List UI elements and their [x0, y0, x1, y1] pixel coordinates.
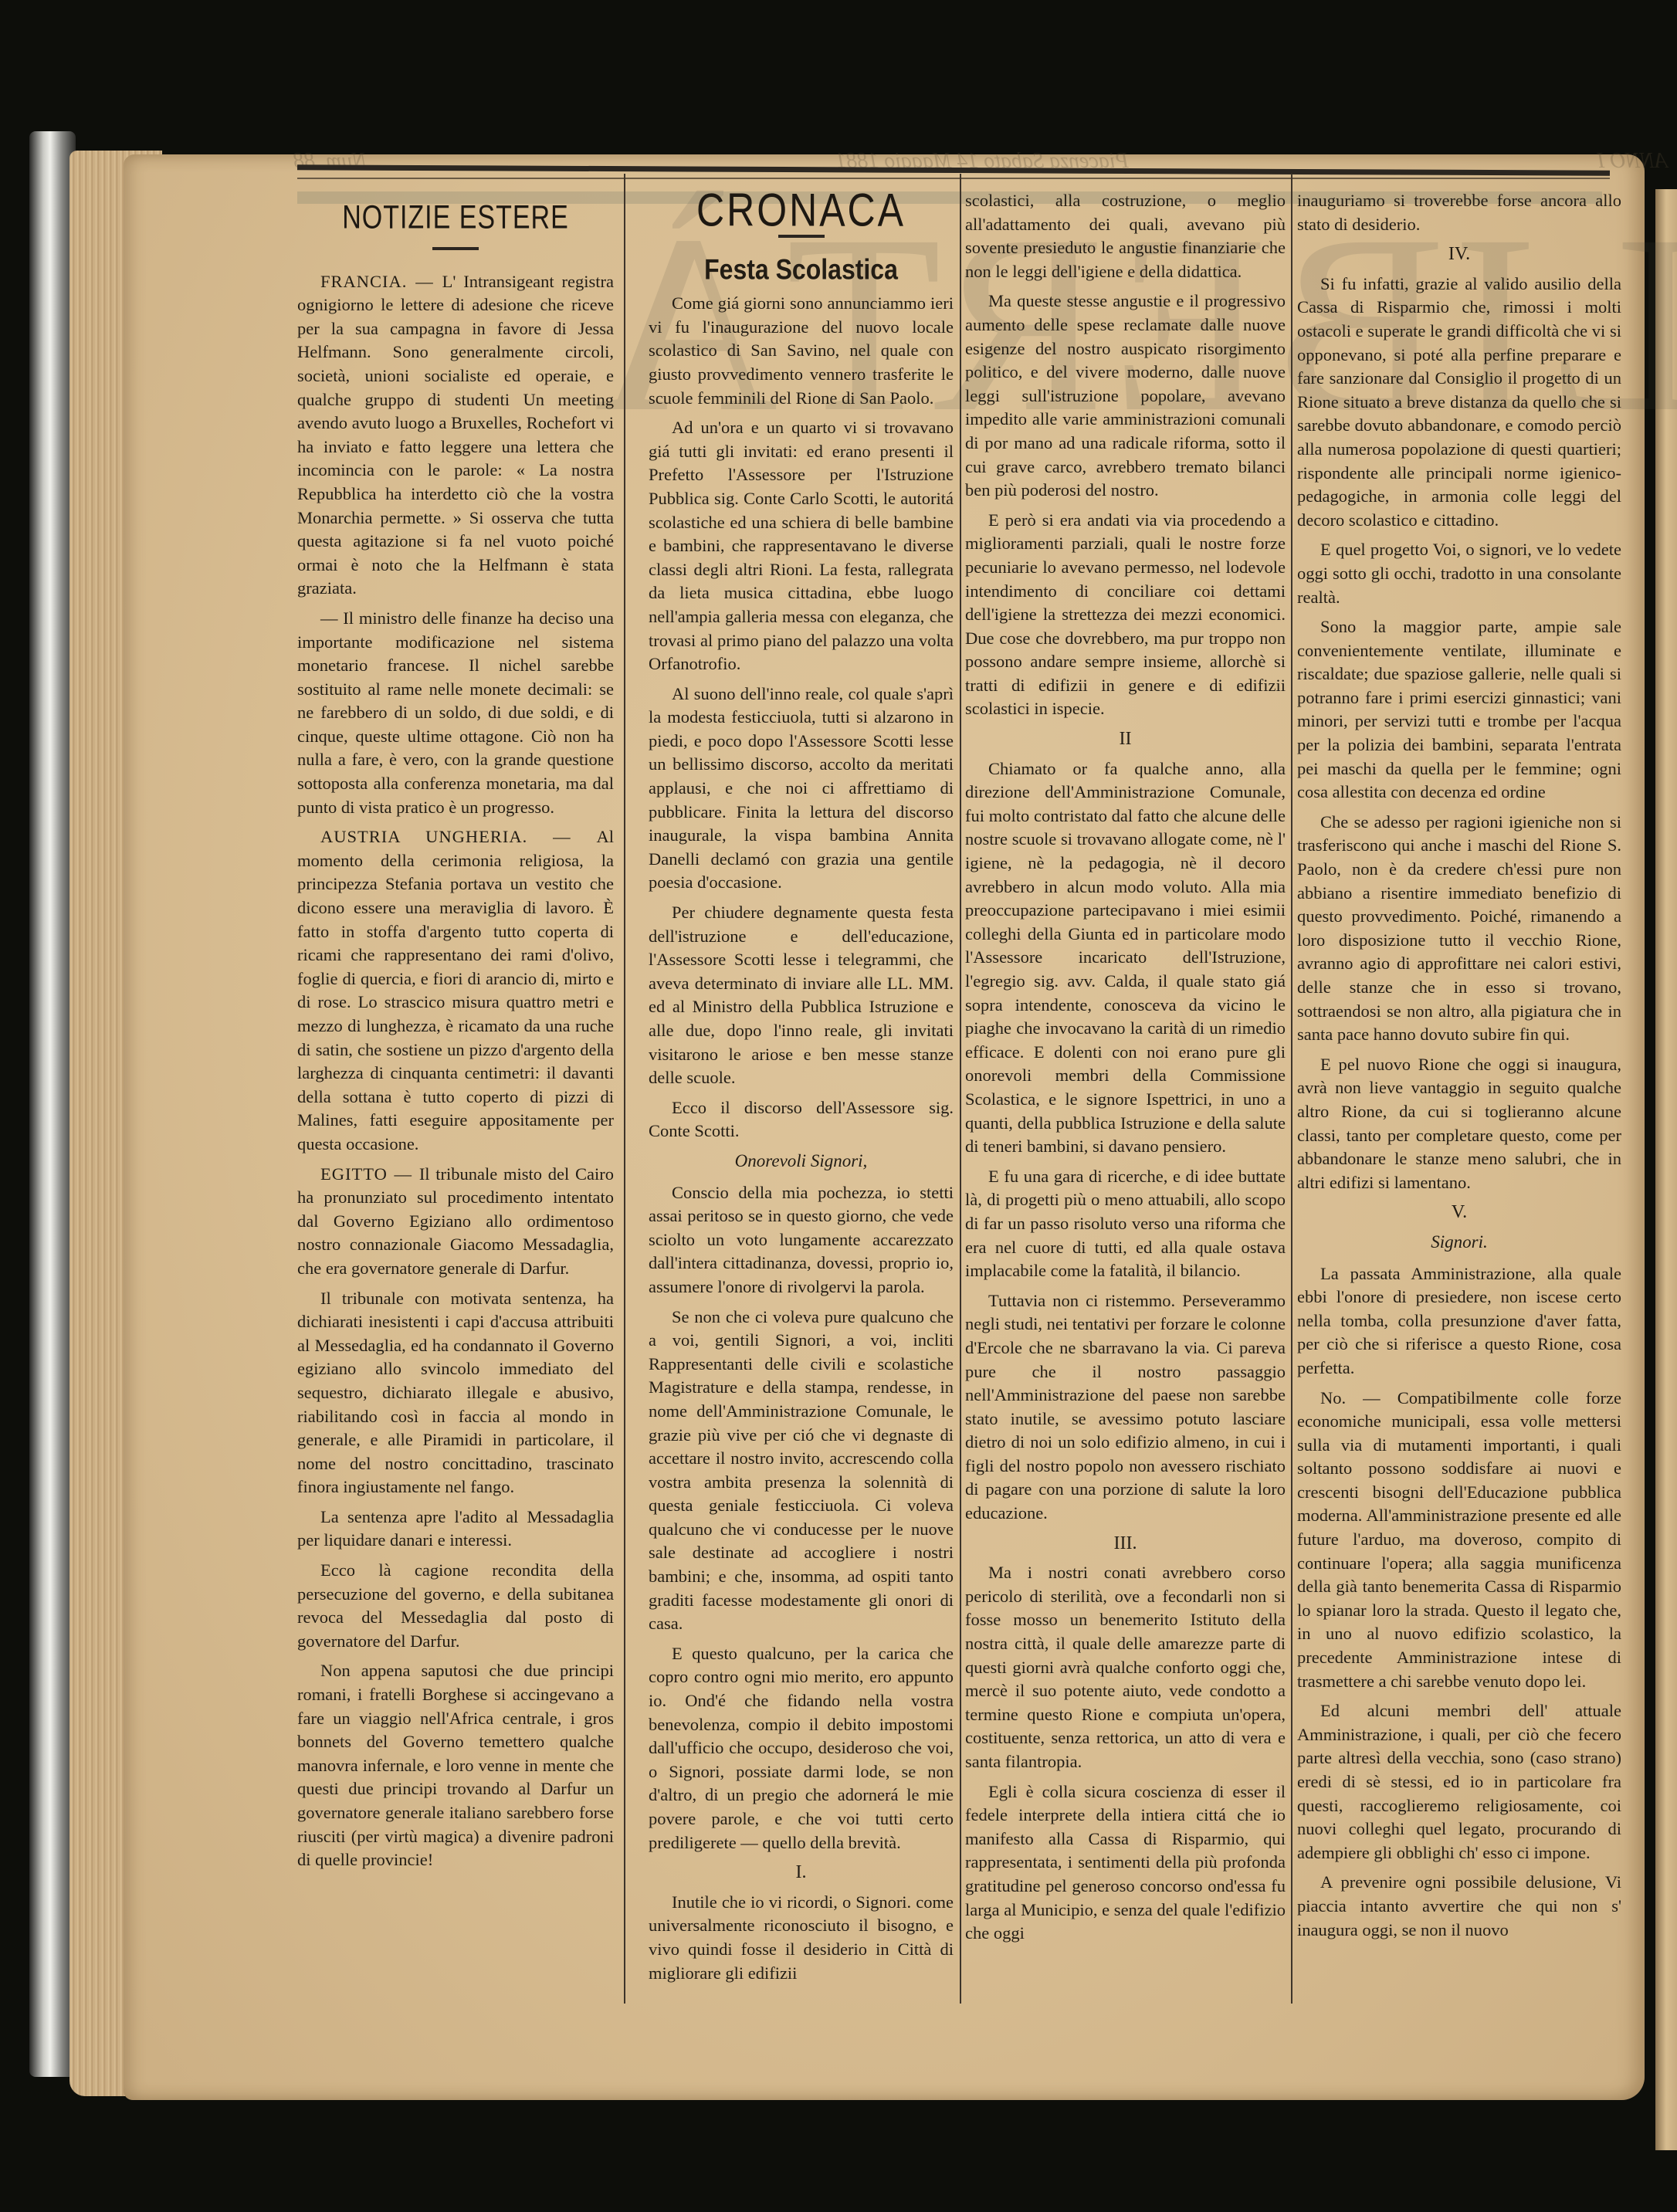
section-numeral-v: V. [1297, 1201, 1621, 1225]
article-paragraph: Il tribunale con motivata sentenza, ha d… [297, 1287, 614, 1499]
speech-paragraph: La passata Amministrazione, alla quale e… [1297, 1262, 1621, 1380]
section-numeral-ii: II [965, 727, 1286, 751]
speech-paragraph: No. — Compatibilmente colle forze econom… [1297, 1387, 1621, 1694]
article-paragraph: AUSTRIA UNGHERIA. — Al momento della cer… [297, 825, 614, 1156]
speech-paragraph: E però si era andati via via procedendo … [965, 509, 1286, 721]
article-paragraph: Non appena saputosi che due principi rom… [297, 1659, 614, 1872]
speech-paragraph: Se non che ci voleva pure qualcuno che a… [649, 1306, 954, 1636]
article-paragraph: EGITTO — Il tribunale misto del Cairo ha… [297, 1163, 614, 1281]
article-paragraph: Come giá giorni sono annunciammo ieri vi… [649, 292, 954, 410]
speech-paragraph: E fu una gara di ricerche, e di idee but… [965, 1165, 1286, 1283]
header-rule-thin [297, 178, 1610, 179]
section-numeral-i: I. [649, 1861, 954, 1885]
article-paragraph: Ecco là cagione recondita della persecuz… [297, 1559, 614, 1653]
article-paragraph: FRANCIA. — L' Intransigeant registra ogn… [297, 270, 614, 601]
section-numeral-iii: III. [965, 1532, 1286, 1556]
article-paragraph: Ecco il discorso dell'Assessore sig. Con… [649, 1096, 954, 1143]
speech-paragraph: E questo qualcuno, per la carica che cop… [649, 1642, 954, 1855]
column-divider-1 [624, 174, 625, 2004]
book-binding [29, 131, 76, 2077]
section-title-notizie-estere: NOTIZIE ESTERE [297, 203, 614, 232]
column-cronaca: CRONACA Festa Scolastica Come giá giorni… [649, 189, 954, 1991]
speech-paragraph: E quel progetto Voi, o signori, ve lo ve… [1297, 538, 1621, 609]
speech-paragraph: Ed alcuni membri dell' attuale Amministr… [1297, 1699, 1621, 1865]
article-paragraph: — Il ministro delle finanze ha deciso un… [297, 607, 614, 819]
speech-paragraph: A prevenire ogni possibile delusione, Vi… [1297, 1871, 1621, 1942]
speech-paragraph: Ma i nostri conati avrebbero corso peric… [965, 1561, 1286, 1773]
speech-paragraph: Egli è colla sicura coscienza di esser i… [965, 1780, 1286, 1946]
speech-salutation: Onorevoli Signori, [649, 1150, 954, 1174]
article-paragraph: La sentenza apre l'adito al Messadaglia … [297, 1506, 614, 1553]
speech-paragraph: Inutile che io vi ricordi, o Signori. co… [649, 1891, 954, 1985]
section-numeral-iv: IV. [1297, 242, 1621, 266]
speech-paragraph: Che se adesso per ragioni igieniche non … [1297, 811, 1621, 1047]
speech-paragraph: scolastici, alla costruzione, o meglio a… [965, 189, 1286, 283]
title-rule [432, 247, 479, 250]
facing-page-edge [1655, 189, 1677, 2150]
article-paragraph: Ad un'ora e un quarto vi si trovavano gi… [649, 416, 954, 676]
speech-paragraph: Ma queste stesse angustie e il progressi… [965, 290, 1286, 502]
article-paragraph: Per chiudere degnamente questa festa del… [649, 901, 954, 1090]
column-speech-continued: scolastici, alla costruzione, o meglio a… [965, 189, 1286, 1952]
column-notizie-estere: NOTIZIE ESTERE FRANCIA. — L' Intransigea… [297, 189, 614, 1878]
column-divider-2 [960, 174, 961, 2004]
column-speech-conclusion: inauguriamo si troverebbe forse ancora a… [1297, 189, 1621, 1948]
speech-paragraph: Sono la maggior parte, ampie sale conven… [1297, 615, 1621, 805]
speech-paragraph: Tuttavia non ci ristemmo. Perseverammo n… [965, 1289, 1286, 1526]
section-title-cronaca: CRONACA [649, 196, 954, 225]
article-paragraph: Al suono dell'inno reale, col quale s'ap… [649, 683, 954, 895]
speech-salutation: Signori. [1297, 1231, 1621, 1255]
speech-paragraph: Conscio della mia pochezza, io stetti as… [649, 1181, 954, 1299]
column-divider-3 [1291, 174, 1292, 2004]
article-title-festa-scolastica: Festa Scolastica [649, 256, 954, 283]
speech-paragraph: Chiamato or fa qualche anno, alla direzi… [965, 757, 1286, 1159]
speech-paragraph: Si fu infatti, grazie al valido ausilio … [1297, 273, 1621, 533]
speech-paragraph: inauguriamo si troverebbe forse ancora a… [1297, 189, 1621, 236]
speech-paragraph: E pel nuovo Rione che oggi si inaugura, … [1297, 1053, 1621, 1195]
